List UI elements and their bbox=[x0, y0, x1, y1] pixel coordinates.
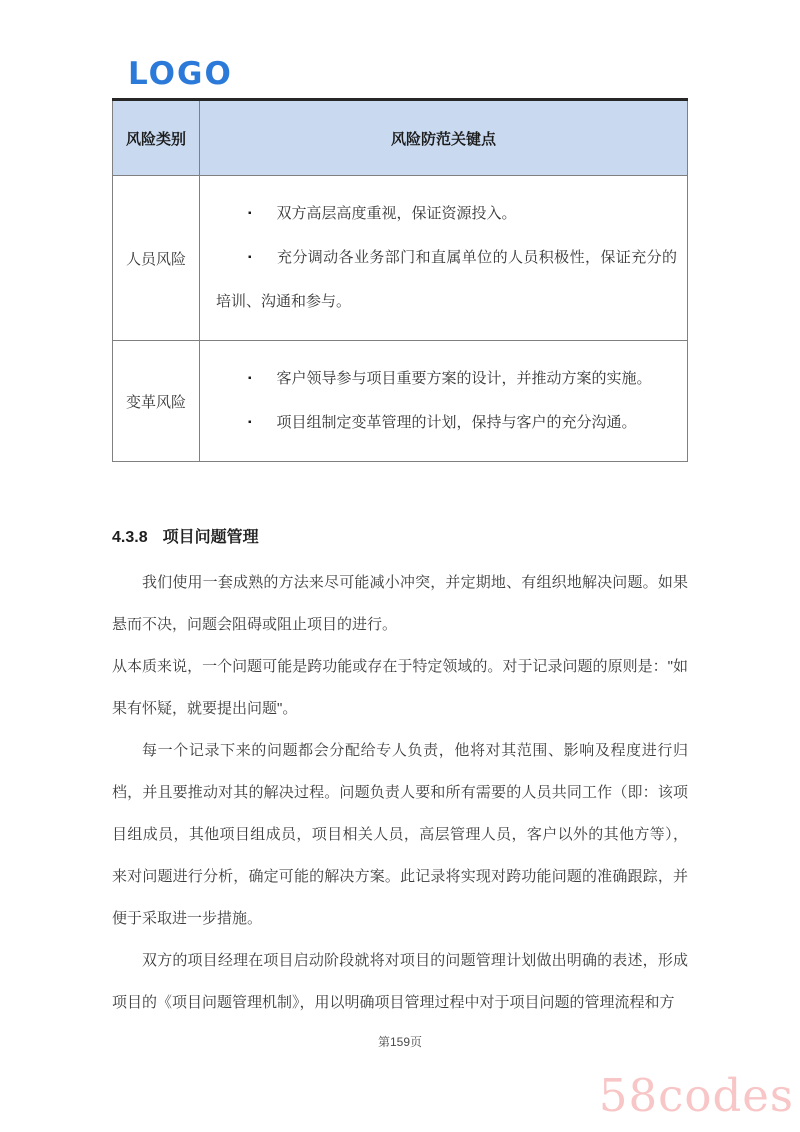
risk-category-cell: 人员风险 bbox=[113, 176, 200, 341]
paragraph: 每一个记录下来的问题都会分配给专人负责，他将对其范围、影响及程度进行归档，并且要… bbox=[112, 730, 688, 940]
bullet-text: 充分调动各业务部门和直属单位的人员积极性，保证充分的培训、沟通和参与。 bbox=[216, 249, 677, 310]
paragraph: 从本质来说，一个问题可能是跨功能或存在于特定领域的。对于记录问题的原则是："如果… bbox=[112, 646, 688, 730]
paragraph: 双方的项目经理在项目启动阶段就将对项目的问题管理计划做出明确的表述，形成项目的《… bbox=[112, 940, 688, 1024]
bullet-item: ▪项目组制定变革管理的计划，保持与客户的充分沟通。 bbox=[200, 401, 683, 445]
page-content: LOGO 风险类别 风险防范关键点 人员风险 ▪双方高层高度重视，保证资源投入。… bbox=[112, 56, 688, 1050]
bullet-text: 客户领导参与项目重要方案的设计，并推动方案的实施。 bbox=[277, 370, 652, 387]
risk-category-cell: 变革风险 bbox=[113, 341, 200, 462]
bullet-square-icon: ▪ bbox=[248, 417, 252, 428]
section-number: 4.3.8 bbox=[112, 529, 148, 546]
bullet-square-icon: ▪ bbox=[248, 208, 252, 219]
bullet-item: ▪客户领导参与项目重要方案的设计，并推动方案的实施。 bbox=[200, 357, 683, 401]
bullet-square-icon: ▪ bbox=[248, 373, 252, 384]
paragraph: 我们使用一套成熟的方法来尽可能减小冲突，并定期地、有组织地解决问题。如果悬而不决… bbox=[112, 562, 688, 646]
risk-table: 风险类别 风险防范关键点 人员风险 ▪双方高层高度重视，保证资源投入。 ▪充分调… bbox=[112, 98, 688, 462]
col-header-risk-keypoints: 风险防范关键点 bbox=[200, 100, 688, 176]
bullet-square-icon: ▪ bbox=[248, 252, 252, 263]
risk-keypoints-cell: ▪双方高层高度重视，保证资源投入。 ▪充分调动各业务部门和直属单位的人员积极性，… bbox=[200, 176, 688, 341]
watermark: 58codes bbox=[599, 1069, 794, 1122]
document-page: LOGO 风险类别 风险防范关键点 人员风险 ▪双方高层高度重视，保证资源投入。… bbox=[0, 0, 800, 1132]
risk-keypoints-cell: ▪客户领导参与项目重要方案的设计，并推动方案的实施。 ▪项目组制定变革管理的计划… bbox=[200, 341, 688, 462]
section-heading: 4.3.8项目问题管理 bbox=[112, 524, 688, 547]
section-body: 我们使用一套成熟的方法来尽可能减小冲突，并定期地、有组织地解决问题。如果悬而不决… bbox=[112, 562, 688, 1024]
page-number: 第159页 bbox=[112, 1033, 688, 1050]
bullet-text: 双方高层高度重视，保证资源投入。 bbox=[277, 205, 517, 222]
section-title: 项目问题管理 bbox=[163, 529, 259, 546]
col-header-risk-category: 风险类别 bbox=[113, 100, 200, 176]
table-row-personnel-risk: 人员风险 ▪双方高层高度重视，保证资源投入。 ▪充分调动各业务部门和直属单位的人… bbox=[113, 176, 688, 341]
risk-table-header: 风险类别 风险防范关键点 bbox=[113, 100, 688, 176]
company-logo: LOGO bbox=[128, 56, 688, 92]
table-header-row: 风险类别 风险防范关键点 bbox=[113, 100, 688, 176]
bullet-text: 项目组制定变革管理的计划，保持与客户的充分沟通。 bbox=[277, 414, 637, 431]
bullet-item: ▪双方高层高度重视，保证资源投入。 bbox=[200, 192, 683, 236]
bullet-item: ▪充分调动各业务部门和直属单位的人员积极性，保证充分的培训、沟通和参与。 bbox=[200, 236, 683, 324]
table-row-change-risk: 变革风险 ▪客户领导参与项目重要方案的设计，并推动方案的实施。 ▪项目组制定变革… bbox=[113, 341, 688, 462]
